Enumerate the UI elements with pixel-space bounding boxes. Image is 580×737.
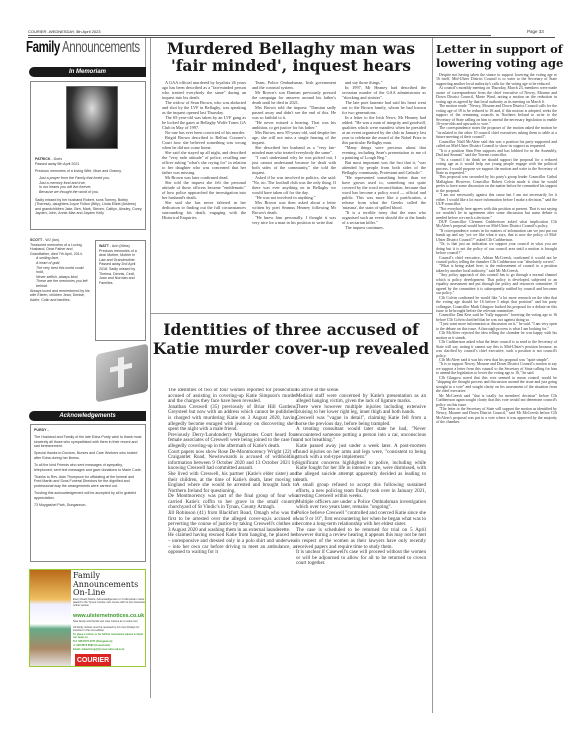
acknowledgements-banner: Acknowledgements bbox=[29, 411, 146, 421]
family-announcements-online-ad: FamilyAnnouncementsOn-Line Every Death N… bbox=[29, 569, 146, 667]
purdy-notice: PURDY - The Husband and Family of the la… bbox=[30, 424, 146, 562]
ad-email-link[interactable]: Email: advertising@tyronecourier.uk.com bbox=[73, 648, 146, 651]
column-divider bbox=[432, 38, 433, 713]
portrait-photo bbox=[66, 86, 118, 149]
article1-col1: A GAA official murdered by loyalists 26 … bbox=[162, 80, 246, 306]
ad-title: FamilyAnnouncementsOn-Line bbox=[73, 572, 138, 598]
column-divider bbox=[150, 38, 151, 698]
watt-notice: WATT - Ann (Meta) Precious memories of a… bbox=[95, 240, 146, 341]
scott-notice: SCOTT - WJ (Ian). Treasured memories of … bbox=[30, 238, 90, 358]
courier-logo: COURIER bbox=[75, 654, 111, 666]
page-number: Page 33 bbox=[527, 29, 544, 34]
article3-headline: Letter in support oflowering voting age bbox=[436, 42, 566, 70]
article1-headline: Murdered Bellaghy man was'fair minded', … bbox=[152, 40, 430, 74]
publication-date: COURIER -WEDNESDAY, 5th April 2023 bbox=[28, 29, 101, 34]
article3-body: Despite not having taken the stance to s… bbox=[436, 73, 557, 703]
article2-col2: to arrive at the scene.Medical staff wer… bbox=[296, 388, 426, 678]
article1-col3: and say those things."In 1997, Mr Heaney… bbox=[342, 80, 426, 306]
bible-icon bbox=[96, 343, 148, 402]
in-memoriam-banner: In Memoriam bbox=[29, 67, 146, 77]
article-separator bbox=[151, 313, 432, 314]
section-title: Family Announcements bbox=[26, 39, 140, 57]
masthead: COURIER -WEDNESDAY, 5th April 2023 bbox=[28, 27, 491, 36]
header-rule bbox=[28, 37, 555, 38]
article2-col1: The identities of two of four women repo… bbox=[168, 388, 297, 678]
ad-photos bbox=[30, 570, 71, 667]
article1-col2: Team, Police Ombudsman, Irish government… bbox=[252, 80, 336, 306]
article2-headline: Identities of three accused ofKatie murd… bbox=[152, 320, 430, 358]
patrick-notice: PATRICK - DorisPassed away 5th April 202… bbox=[30, 81, 146, 230]
column-divider bbox=[145, 38, 146, 68]
ad-website-link[interactable]: www.ulsternetnotices.co.uk bbox=[73, 613, 144, 619]
